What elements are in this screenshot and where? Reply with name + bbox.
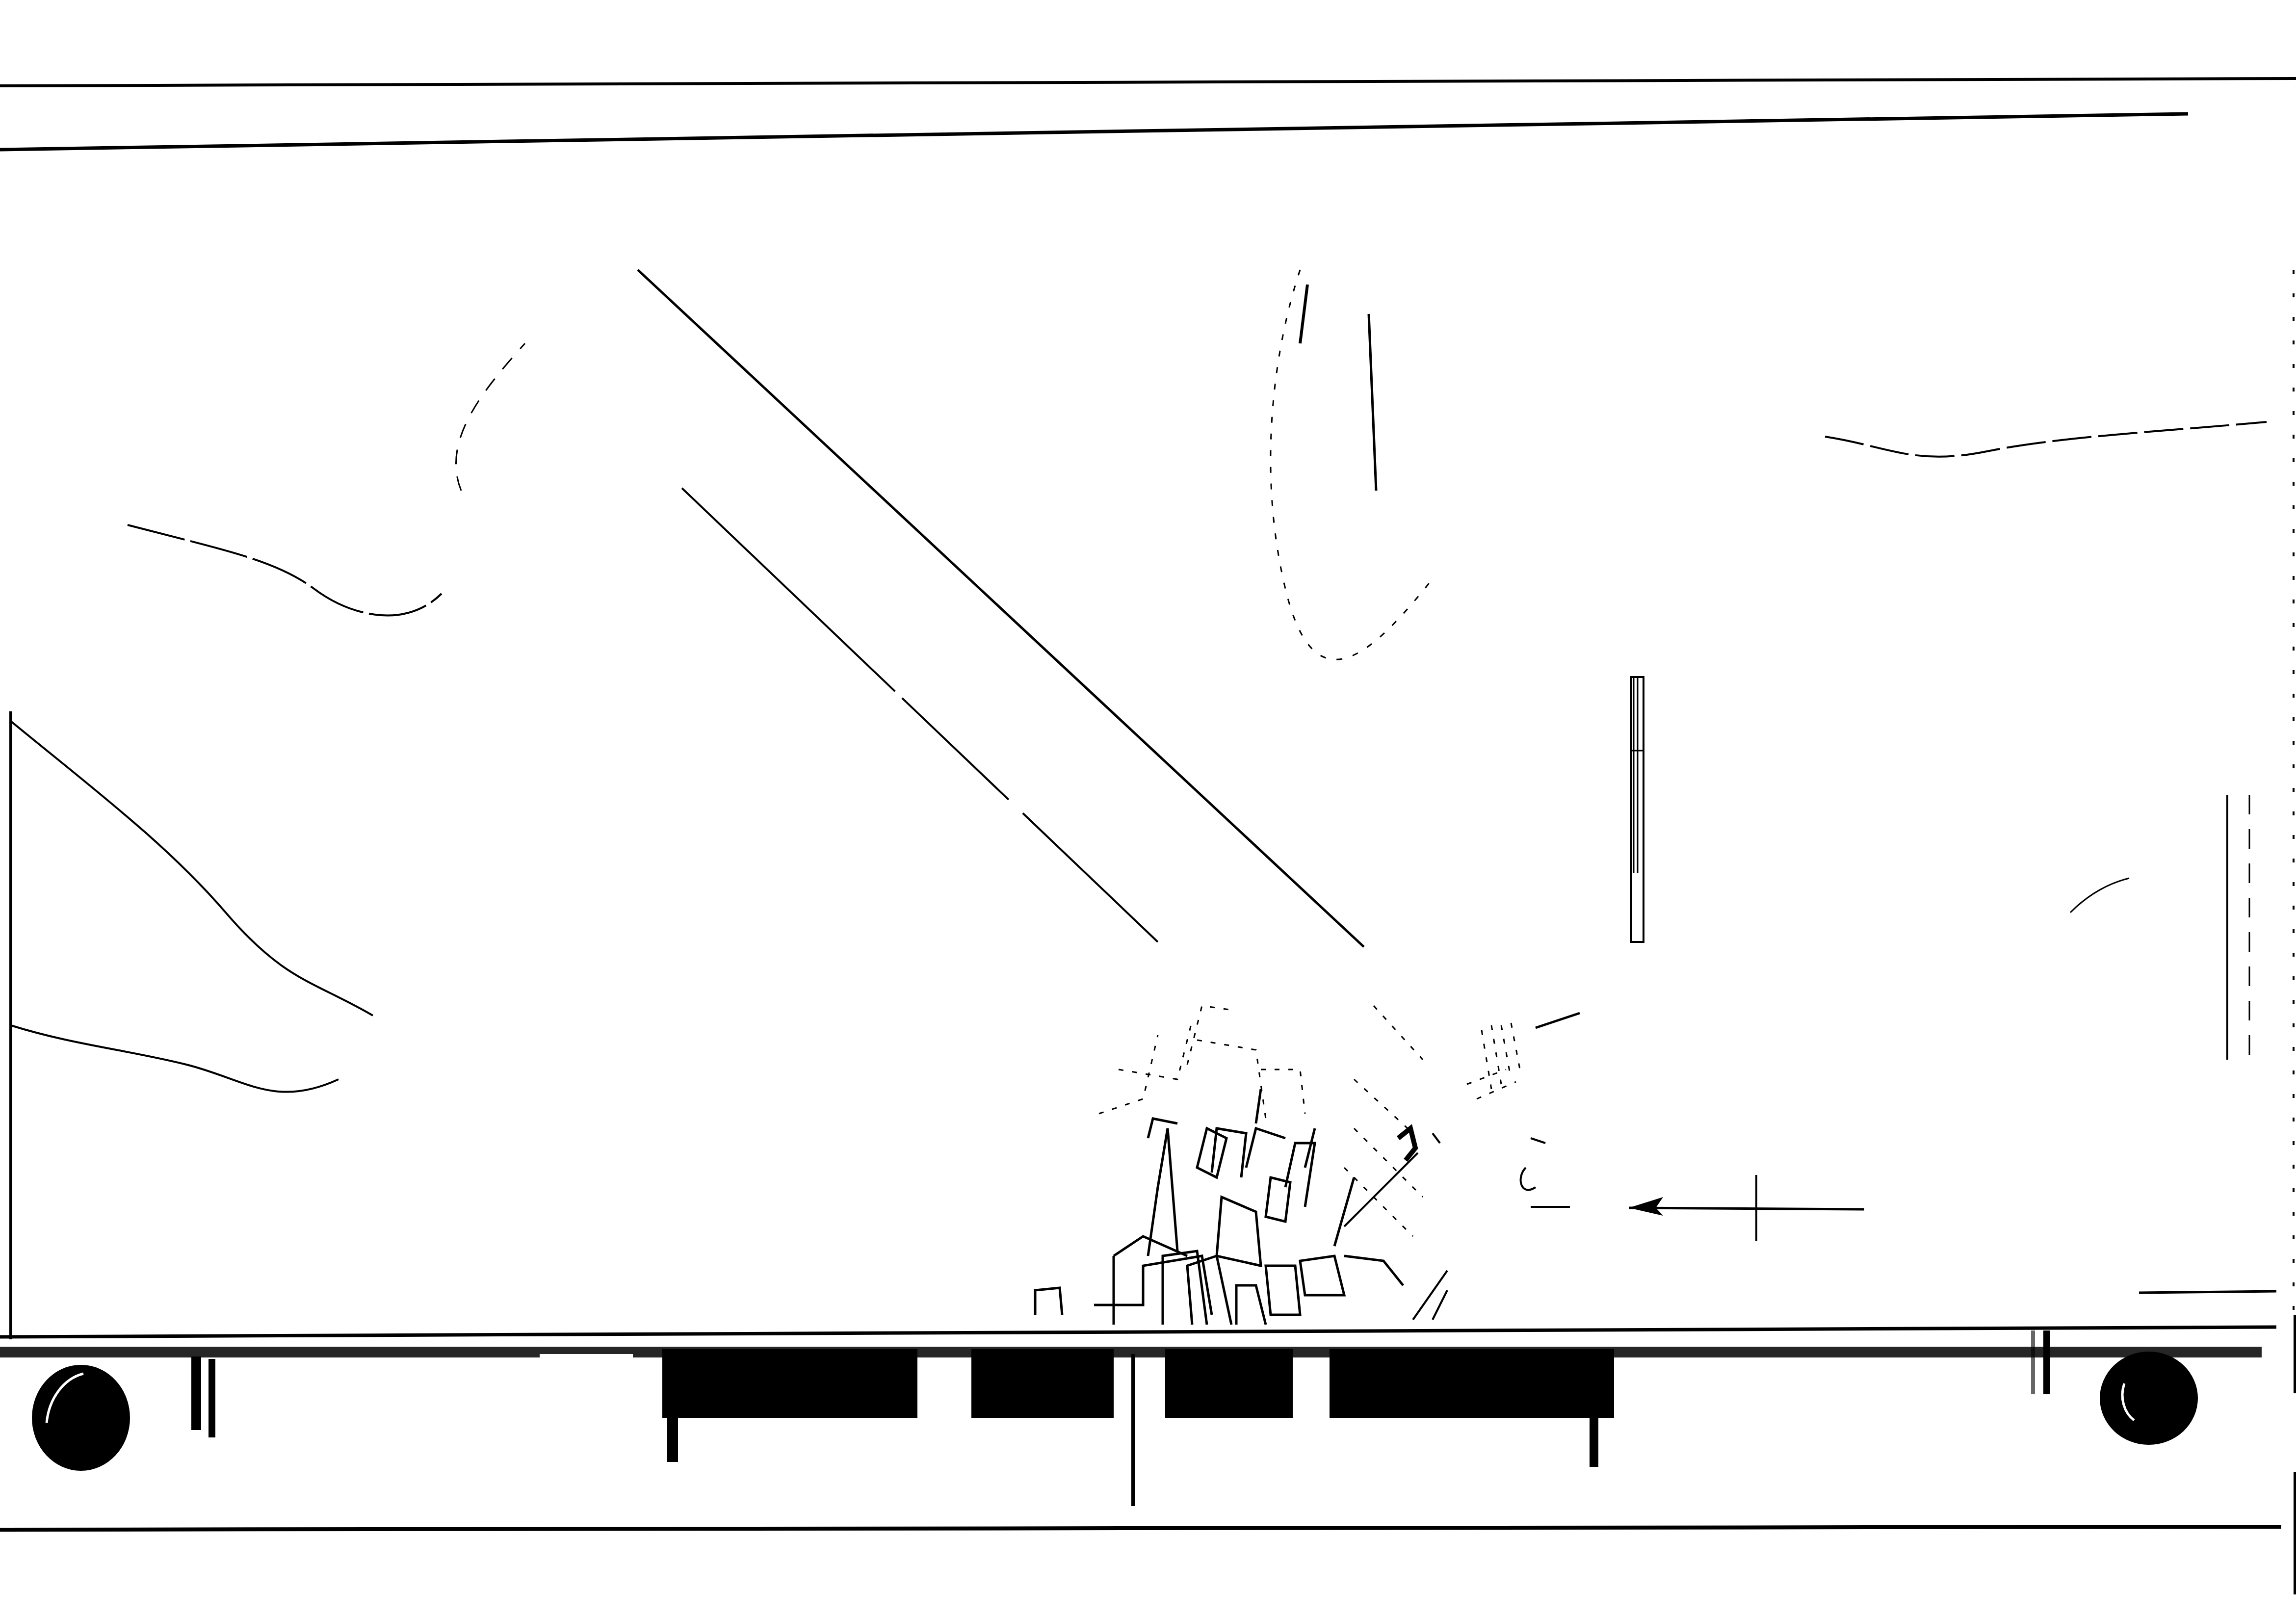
film-strip <box>0 1315 2296 1594</box>
film-id-group-1 <box>662 1349 917 1418</box>
handwritten-mark <box>1521 1138 1570 1207</box>
survey-line <box>1369 314 1376 491</box>
film-prefix-label <box>540 1354 633 1408</box>
film-id-group-4 <box>1330 1349 1614 1418</box>
contour-lines <box>11 270 2267 1092</box>
film-id-group-2 <box>971 1349 1114 1418</box>
map-bottom-border <box>0 1327 2276 1337</box>
entry-marker <box>1398 1128 1415 1160</box>
arrow-line <box>1536 1013 1580 1028</box>
mine-map-scan <box>0 0 2296 1617</box>
survey-line-stub <box>1300 285 1307 343</box>
certification-block <box>2139 795 2276 1293</box>
punch-hole-right <box>2100 1352 2198 1445</box>
mine-workings <box>1035 1089 1447 1325</box>
outcrop-lines <box>638 270 1364 947</box>
scale-bar <box>1631 677 1644 942</box>
north-arrow <box>1629 1175 1864 1241</box>
film-id-group-3 <box>1165 1349 1293 1418</box>
top-ruler <box>0 78 2296 150</box>
